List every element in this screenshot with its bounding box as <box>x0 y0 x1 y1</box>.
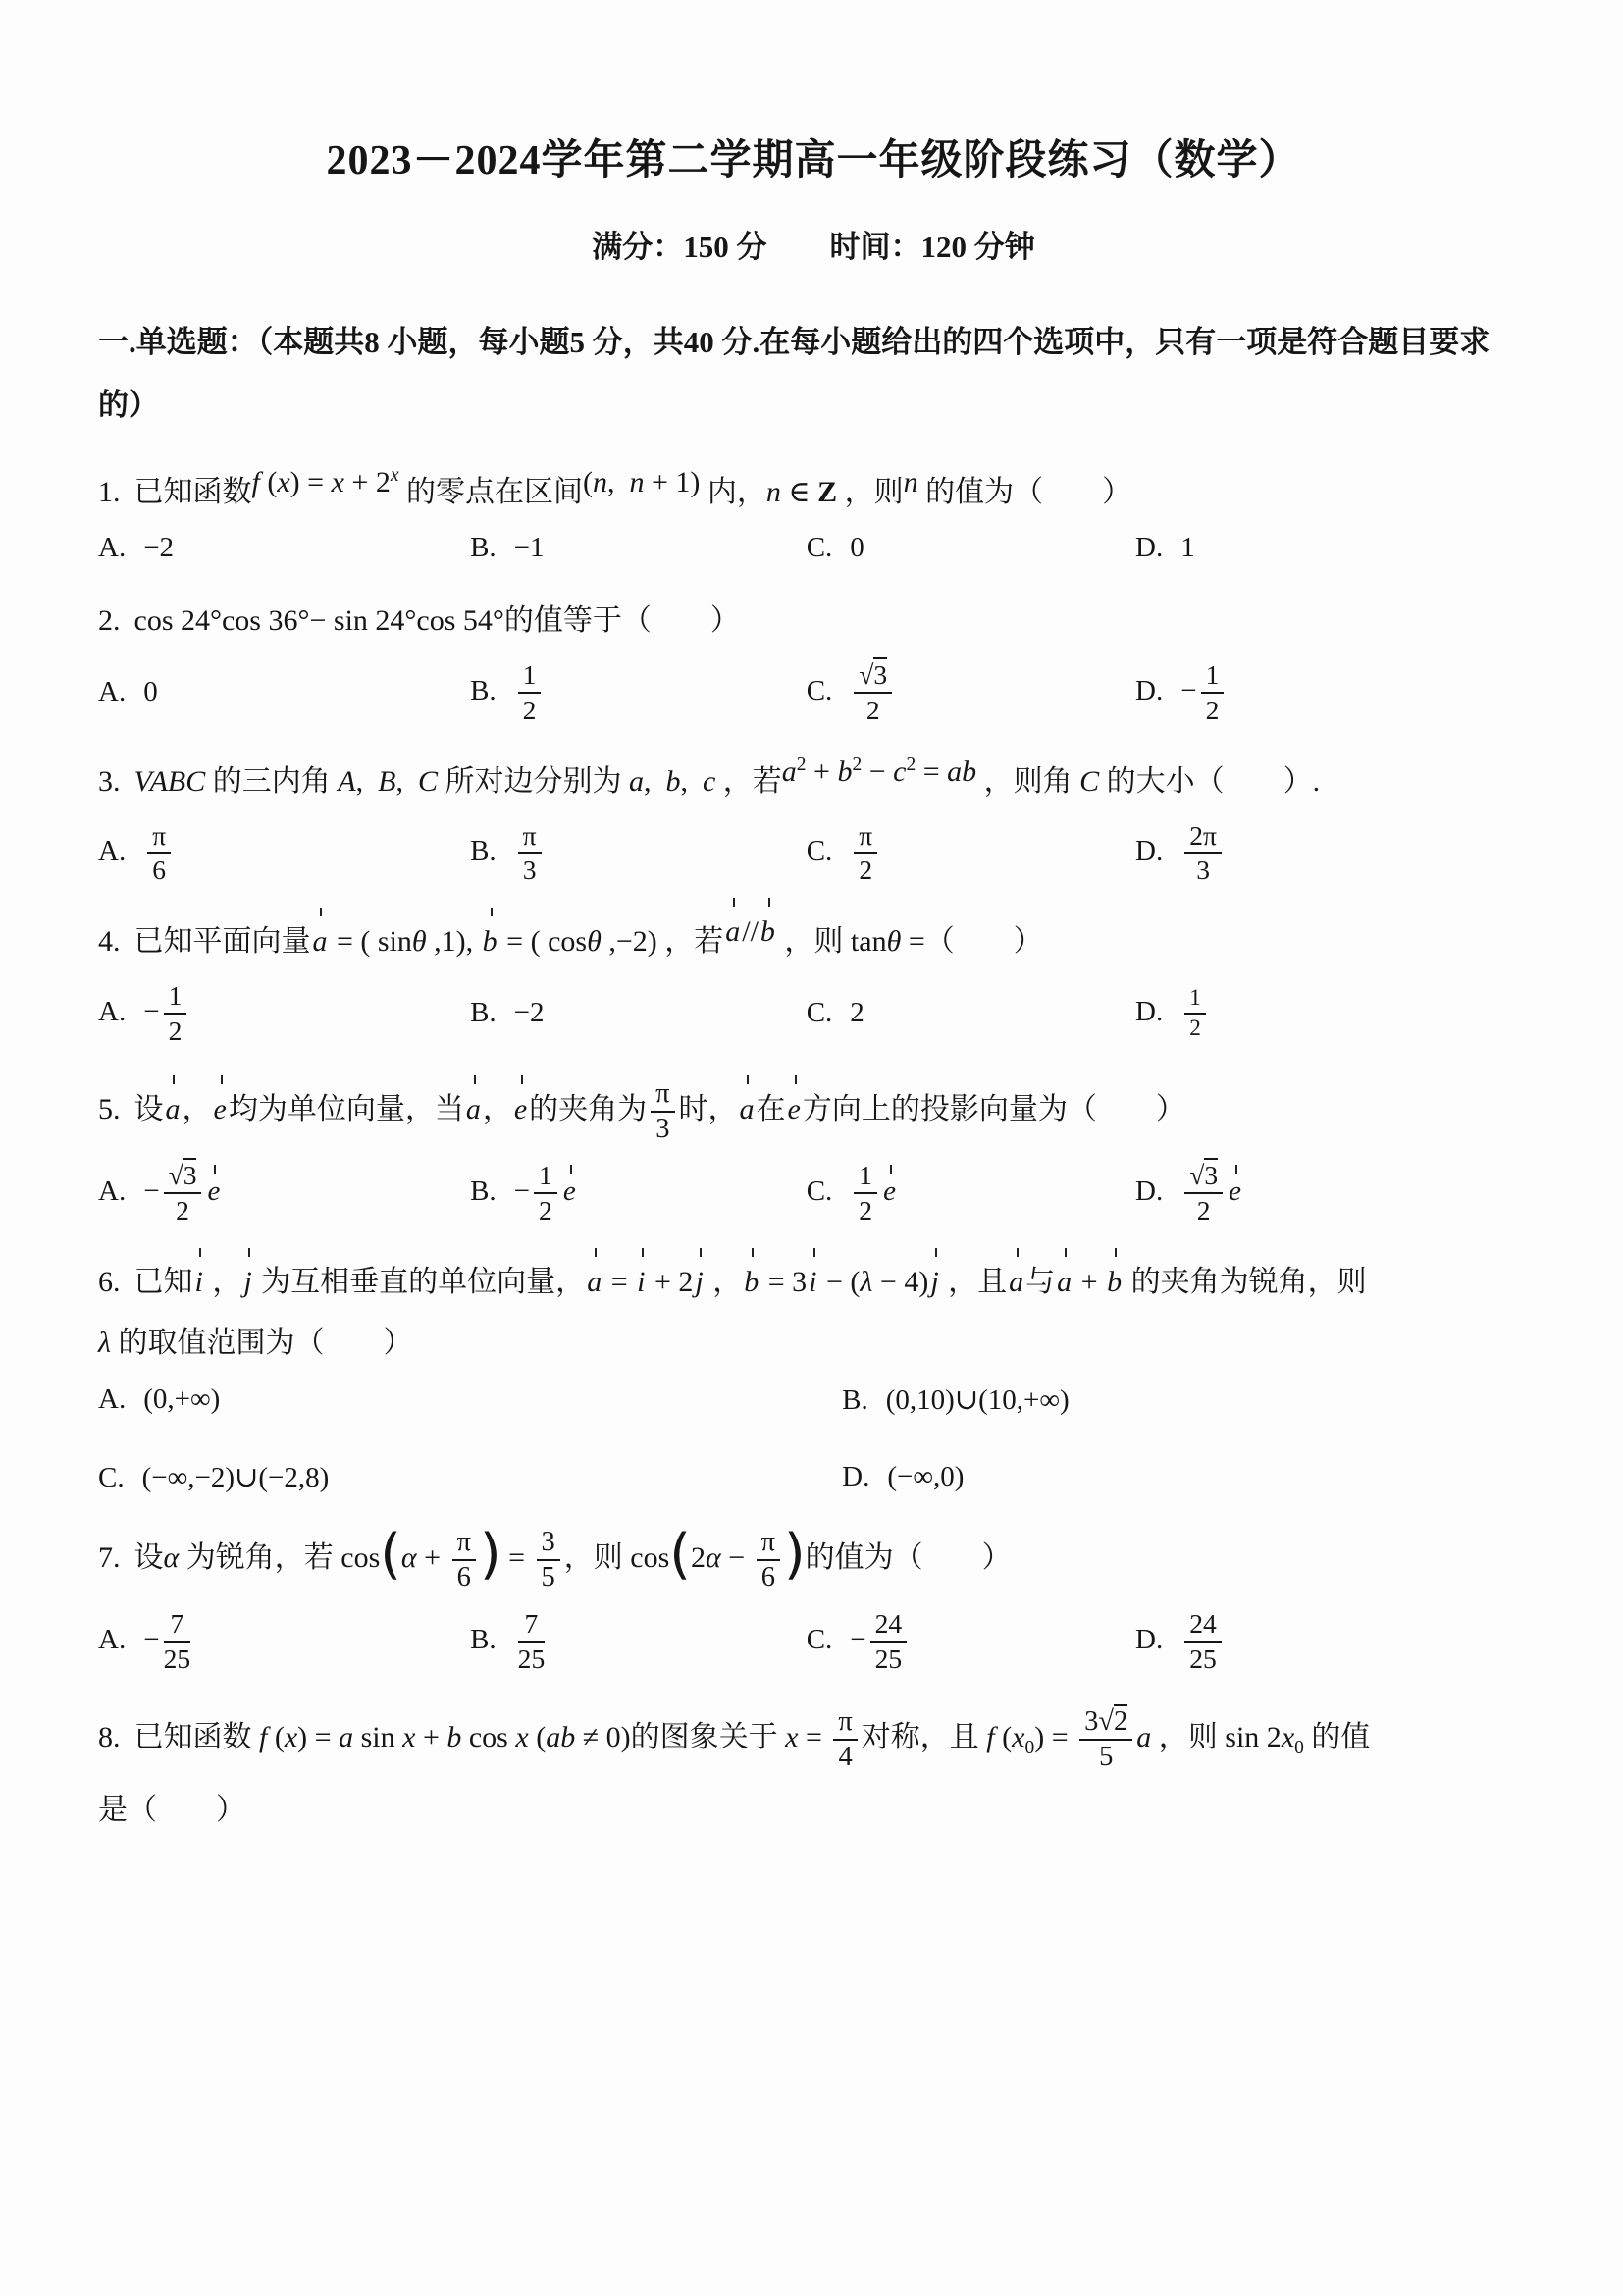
option-b: B.725 <box>470 1609 807 1674</box>
options-row: A.−12 B.−2 C.2 D.12 <box>98 981 1529 1046</box>
option-d: D.1 <box>1135 532 1529 564</box>
option-value: 1 <box>1180 532 1195 563</box>
question-text: 6.已知i ，j 为互相垂直的单位向量，a = i + 2j ，b = 3i −… <box>98 1259 1529 1306</box>
page-title: 2023－2024学年第二学期高一年级阶段练习（数学） <box>98 128 1529 186</box>
option-c: C.0 <box>807 532 1135 564</box>
option-value: 2425 <box>1180 1624 1226 1655</box>
question-body: 是（ ） <box>98 1794 245 1826</box>
option-label: C. <box>807 835 833 866</box>
question-text: 4.已知平面向量a = ( sinθ ,1), b = ( cosθ ,−2) … <box>98 918 1529 965</box>
option-c: C.(−∞,−2)∪(−2,8) <box>98 1460 842 1494</box>
option-value: (0,+∞) <box>143 1383 220 1415</box>
question-text-continued: 是（ ） <box>98 1787 1529 1834</box>
option-value: π3 <box>514 835 546 866</box>
question-body: 设α 为锐角，若 cos(α + π6) = 35，则 cos(2α − π6)… <box>134 1541 1012 1574</box>
option-c: C.√32 <box>807 660 1135 725</box>
option-label: D. <box>1135 675 1163 706</box>
option-value: 2π3 <box>1180 835 1226 866</box>
option-value: 725 <box>514 1624 550 1655</box>
question-number: 6. <box>98 1266 121 1298</box>
option-value: 12e <box>850 1175 898 1207</box>
option-value: −2425 <box>850 1624 911 1655</box>
exam-page: 2023－2024学年第二学期高一年级阶段练习（数学） 满分：150 分时间：1… <box>0 0 1623 2296</box>
options-row: A.0 B.12 C.√32 D.−12 <box>98 660 1529 725</box>
option-label: C. <box>807 532 833 563</box>
option-value: −2 <box>514 997 545 1028</box>
option-value: 12 <box>514 675 546 706</box>
option-label: B. <box>842 1384 868 1416</box>
option-value: −12 <box>143 996 190 1027</box>
exam-meta: 满分：150 分时间：120 分钟 <box>98 222 1529 266</box>
question-body: λ 的取值范围为（ ） <box>98 1327 413 1359</box>
option-label: A. <box>98 1175 126 1207</box>
question-text: 2.cos 24°cos 36°− sin 24°cos 54°的值等于（ ） <box>98 598 1529 645</box>
option-label: D. <box>1135 1624 1163 1655</box>
option-value: (−∞,−2)∪(−2,8) <box>142 1462 330 1493</box>
option-a: A.−2 <box>98 532 470 564</box>
option-label: A. <box>98 676 126 707</box>
option-label: A. <box>98 996 126 1027</box>
option-label: A. <box>98 532 126 563</box>
question-7: 7.设α 为锐角，若 cos(α + π6) = 35，则 cos(2α − π… <box>98 1528 1529 1674</box>
question-text: 3.VABC 的三内角 A, B, C 所对边分别为 a, b, c ，若a2 … <box>98 758 1529 806</box>
question-number: 1. <box>98 476 121 508</box>
option-value: 0 <box>143 676 158 707</box>
option-a: A.−√32e <box>98 1161 470 1226</box>
question-body: cos 24°cos 36°− sin 24°cos 54°的值等于（ ） <box>134 604 740 637</box>
option-label: C. <box>807 675 833 706</box>
option-b: B.(0,10)∪(10,+∞) <box>842 1383 1529 1417</box>
full-score: 满分：150 分 <box>592 230 766 264</box>
option-value: −1 <box>514 532 545 563</box>
option-b: B.−12e <box>470 1161 807 1226</box>
question-body: 设a，e均为单位向量，当a，e的夹角为π3时，a在e方向上的投影向量为（ ） <box>134 1093 1185 1125</box>
option-label: A. <box>98 1624 126 1655</box>
question-number: 8. <box>98 1721 121 1753</box>
question-2: 2.cos 24°cos 36°− sin 24°cos 54°的值等于（ ） … <box>98 598 1529 725</box>
question-number: 3. <box>98 765 121 798</box>
option-value: −12 <box>1180 675 1228 706</box>
section-heading: 一.单选题：（本题共8 小题，每小题5 分，共40 分.在每小题给出的四个选项中… <box>98 311 1529 436</box>
options-row: A.−725 B.725 C.−2425 D.2425 <box>98 1609 1529 1674</box>
option-c: C.−2425 <box>807 1609 1135 1674</box>
question-text-continued: λ 的取值范围为（ ） <box>98 1320 1529 1367</box>
option-label: C. <box>807 1175 833 1207</box>
question-text: 8.已知函数 f (x) = a sin x + b cos x (ab ≠ 0… <box>98 1707 1529 1774</box>
option-d: D.2π3 <box>1135 821 1529 886</box>
question-6: 6.已知i ，j 为互相垂直的单位向量，a = i + 2j ，b = 3i −… <box>98 1259 1529 1494</box>
question-4: 4.已知平面向量a = ( sinθ ,1), b = ( cosθ ,−2) … <box>98 918 1529 1046</box>
question-body: 已知平面向量a = ( sinθ ,1), b = ( cosθ ,−2) ，若… <box>134 925 1043 958</box>
question-number: 5. <box>98 1093 121 1125</box>
option-b: B.π3 <box>470 821 807 886</box>
option-value: 2 <box>850 997 864 1028</box>
question-body: VABC 的三内角 A, B, C 所对边分别为 a, b, c ，若a2 + … <box>134 765 1321 798</box>
options-grid: A.(0,+∞) B.(0,10)∪(10,+∞) C.(−∞,−2)∪(−2,… <box>98 1383 1529 1494</box>
question-body: 已知i ，j 为互相垂直的单位向量，a = i + 2j ，b = 3i − (… <box>134 1266 1367 1298</box>
question-number: 7. <box>98 1541 121 1574</box>
question-body: 已知函数 f (x) = a sin x + b cos x (ab ≠ 0)的… <box>134 1721 1371 1753</box>
option-d: D.√32e <box>1135 1161 1529 1226</box>
option-label: B. <box>470 997 497 1028</box>
question-number: 2. <box>98 604 121 637</box>
option-c: C.12e <box>807 1161 1135 1226</box>
option-a: A.0 <box>98 676 470 708</box>
option-label: B. <box>470 835 497 866</box>
option-value: 12 <box>1180 996 1210 1027</box>
option-label: D. <box>1135 532 1163 563</box>
question-body: 已知函数f (x) = x + 2x 的零点在区间(n, n + 1) 内，n … <box>134 476 1132 508</box>
option-label: D. <box>1135 1175 1163 1207</box>
option-label: C. <box>98 1462 125 1493</box>
option-label: B. <box>470 675 497 706</box>
option-d: D.(−∞,0) <box>842 1461 1529 1493</box>
time-limit: 时间：120 分钟 <box>830 230 1035 264</box>
question-8: 8.已知函数 f (x) = a sin x + b cos x (ab ≠ 0… <box>98 1707 1529 1835</box>
option-value: −725 <box>143 1624 194 1655</box>
option-a: A.−725 <box>98 1609 470 1674</box>
option-label: B. <box>470 1624 497 1655</box>
question-text: 1.已知函数f (x) = x + 2x 的零点在区间(n, n + 1) 内，… <box>98 469 1529 516</box>
question-5: 5.设a，e均为单位向量，当a，e的夹角为π3时，a在e方向上的投影向量为（ ）… <box>98 1079 1529 1226</box>
option-label: A. <box>98 835 126 866</box>
option-label: C. <box>807 1624 833 1655</box>
option-value: (−∞,0) <box>887 1461 964 1492</box>
option-value: −12e <box>514 1175 578 1207</box>
options-row: A.π6 B.π3 C.π2 D.2π3 <box>98 821 1529 886</box>
option-d: D.2425 <box>1135 1609 1529 1674</box>
option-value: π6 <box>143 835 175 866</box>
question-number: 4. <box>98 925 121 958</box>
option-value: √32 <box>850 675 896 706</box>
option-b: B.12 <box>470 660 807 725</box>
options-row: A.−√32e B.−12e C.12e D.√32e <box>98 1161 1529 1226</box>
option-a: A.(0,+∞) <box>98 1383 842 1416</box>
option-value: −2 <box>143 532 174 563</box>
option-value: 0 <box>850 532 864 563</box>
option-label: B. <box>470 532 497 563</box>
option-label: D. <box>1135 835 1163 866</box>
option-value: (0,10)∪(10,+∞) <box>886 1384 1070 1416</box>
option-d: D.12 <box>1135 986 1529 1041</box>
option-a: A.π6 <box>98 821 470 886</box>
option-d: D.−12 <box>1135 660 1529 725</box>
option-a: A.−12 <box>98 981 470 1046</box>
option-label: C. <box>807 997 833 1028</box>
option-label: D. <box>1135 996 1163 1027</box>
question-text: 5.设a，e均为单位向量，当a，e的夹角为π3时，a在e方向上的投影向量为（ ） <box>98 1079 1529 1146</box>
question-3: 3.VABC 的三内角 A, B, C 所对边分别为 a, b, c ，若a2 … <box>98 758 1529 886</box>
question-text: 7.设α 为锐角，若 cos(α + π6) = 35，则 cos(2α − π… <box>98 1528 1529 1594</box>
option-value: √32e <box>1180 1175 1243 1207</box>
options-row: A.−2 B.−1 C.0 D.1 <box>98 532 1529 564</box>
option-label: B. <box>470 1175 497 1207</box>
option-c: C.π2 <box>807 821 1135 886</box>
option-c: C.2 <box>807 997 1135 1029</box>
option-label: A. <box>98 1383 126 1415</box>
option-value: −√32e <box>143 1175 222 1207</box>
option-label: D. <box>842 1461 869 1492</box>
option-value: π2 <box>850 835 881 866</box>
option-b: B.−1 <box>470 532 807 564</box>
option-b: B.−2 <box>470 997 807 1029</box>
question-1: 1.已知函数f (x) = x + 2x 的零点在区间(n, n + 1) 内，… <box>98 469 1529 564</box>
